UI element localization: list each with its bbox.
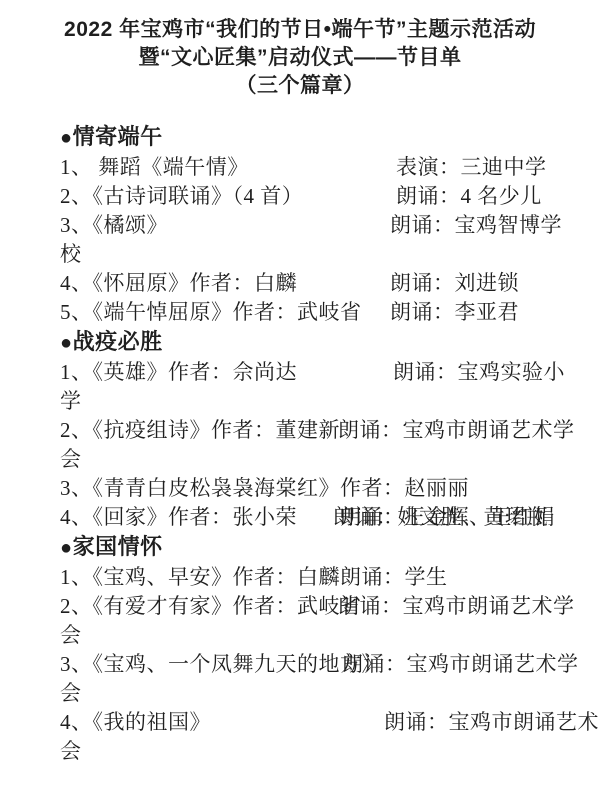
program-line: 2、《有爱才有家》作者：武岐省 朗诵：宝鸡市朗诵艺术学 [0,592,600,621]
program-line-wrap: 会 [0,445,600,474]
bullet-icon: ● [60,127,73,149]
program-line-wrap: 学 [0,387,600,416]
item-left-text: 1、 舞蹈《端午情》 [60,155,249,179]
item-left-text: 学 [60,389,82,413]
section-heading-label: 战疫必胜 [73,329,163,354]
item-left-text: 会 [60,623,82,647]
performer-right-text: 朗诵：学生 [340,563,448,592]
program-line-wrap: 会 [0,737,600,766]
item-left-text: 3、《青青白皮松袅袅海棠红》作者：赵丽丽 [60,476,469,500]
program-line-wrap: 会 [0,621,600,650]
item-left-text: 4、《怀屈原》作者：白麟 [60,271,297,295]
title-line-3: （三个篇章） [0,72,600,100]
section-heading-qingji-duanwu: ●情寄端午 [0,122,600,153]
section-heading-label: 情寄端午 [73,124,163,149]
performer-right-text: 朗诵：宝鸡实验小 [393,358,565,387]
title-line-2: 暨“文心匠集”启动仪式——节目单 [0,44,600,72]
bullet-icon: ● [60,537,73,559]
program-line: 4、《我的祖国》 朗诵：宝鸡市朗诵艺术学 [0,708,600,737]
item-left-text: 校 [60,242,82,266]
section-heading-label: 家国情怀 [73,534,163,559]
program-line: 2、《古诗词联诵》（4 首） 朗诵：4 名少儿 [0,182,600,211]
item-left-text: 3、《橘颂》 [60,213,168,237]
performer-right-text: 朗诵：宝鸡市朗诵艺术学 [342,650,579,679]
item-left-text: 1、《英雄》作者：佘尚达 [60,360,297,384]
program-line: 4、《怀屈原》作者：白麟 朗诵：刘进锁 [0,269,600,298]
performer-right-text: 朗诵：宝鸡智博学 [390,211,562,240]
item-left-text: 2、《有爱才有家》作者：武岐省 [60,594,362,618]
item-left-text: 会 [60,739,82,763]
title-line-1: 2022 年宝鸡市“我们的节日•端午节”主题示范活动 [0,16,600,44]
program-line: 4、《回家》作者：张小荣 朗诵：姚文胜、黄珺瓶 [0,503,600,532]
item-left-text: 3、《宝鸡、一个凤舞九天的地方》 [60,652,383,676]
section-heading-zhanyi-bisheng: ●战疫必胜 [0,327,600,358]
program-line-wrap: 会 [0,679,600,708]
item-left-text: 1、《宝鸡、早安》作者：白麟 [60,565,340,589]
performer-right-text: 朗诵：宝鸡市朗诵艺术学 [338,592,575,621]
item-left-text: 2、《古诗词联诵》（4 首） [60,184,303,208]
program-line: 3、《橘颂》 朗诵：宝鸡智博学 [0,211,600,240]
program-line-wrap: 校 [0,240,600,269]
section-heading-jiaguo-qinghuai: ●家国情怀 [0,532,600,563]
item-left-text: 2、《抗疫组诗》作者：董建新 [60,418,340,442]
program-line: 1、《英雄》作者：佘尚达 朗诵：宝鸡实验小 [0,358,600,387]
performer-right-text: 朗诵：4 名少儿 [396,182,542,211]
program-line: 3、《青青白皮松袅袅海棠红》作者：赵丽丽 [0,474,600,503]
performer-right-text: 朗诵：宝鸡市朗诵艺术学 [384,708,600,737]
document-title: 2022 年宝鸡市“我们的节日•端午节”主题示范活动 暨“文心匠集”启动仪式——… [0,0,600,100]
item-left-text: 5、《端午悼屈原》作者：武岐省 [60,300,362,324]
performer-right-text: 朗诵：刘进锁 [390,269,519,298]
item-left-text: 4、《回家》作者：张小荣 [60,505,297,529]
program-line: 1、 舞蹈《端午情》 表演：三迪中学 [0,153,600,182]
performer-right-text: 朗诵：宝鸡市朗诵艺术学 [338,416,575,445]
program-line: 1、《宝鸡、早安》作者：白麟 朗诵：学生 [0,563,600,592]
bullet-icon: ● [60,332,73,354]
performer-right-text: 朗诵：李亚君 [390,298,519,327]
performer-right-text: 表演：三迪中学 [396,153,547,182]
performer-right-text: 朗诵：姚文胜、黄珺瓶 [333,503,548,532]
program-document-page: 2022 年宝鸡市“我们的节日•端午节”主题示范活动 暨“文心匠集”启动仪式——… [0,0,600,800]
item-left-text: 4、《我的祖国》 [60,710,211,734]
program-line: 3、《宝鸡、一个凤舞九天的地方》 朗诵：宝鸡市朗诵艺术学 [0,650,600,679]
program-line: 5、《端午悼屈原》作者：武岐省 朗诵：李亚君 [0,298,600,327]
program-line: 2、《抗疫组诗》作者：董建新 朗诵：宝鸡市朗诵艺术学 [0,416,600,445]
item-left-text: 会 [60,447,82,471]
item-left-text: 会 [60,681,82,705]
